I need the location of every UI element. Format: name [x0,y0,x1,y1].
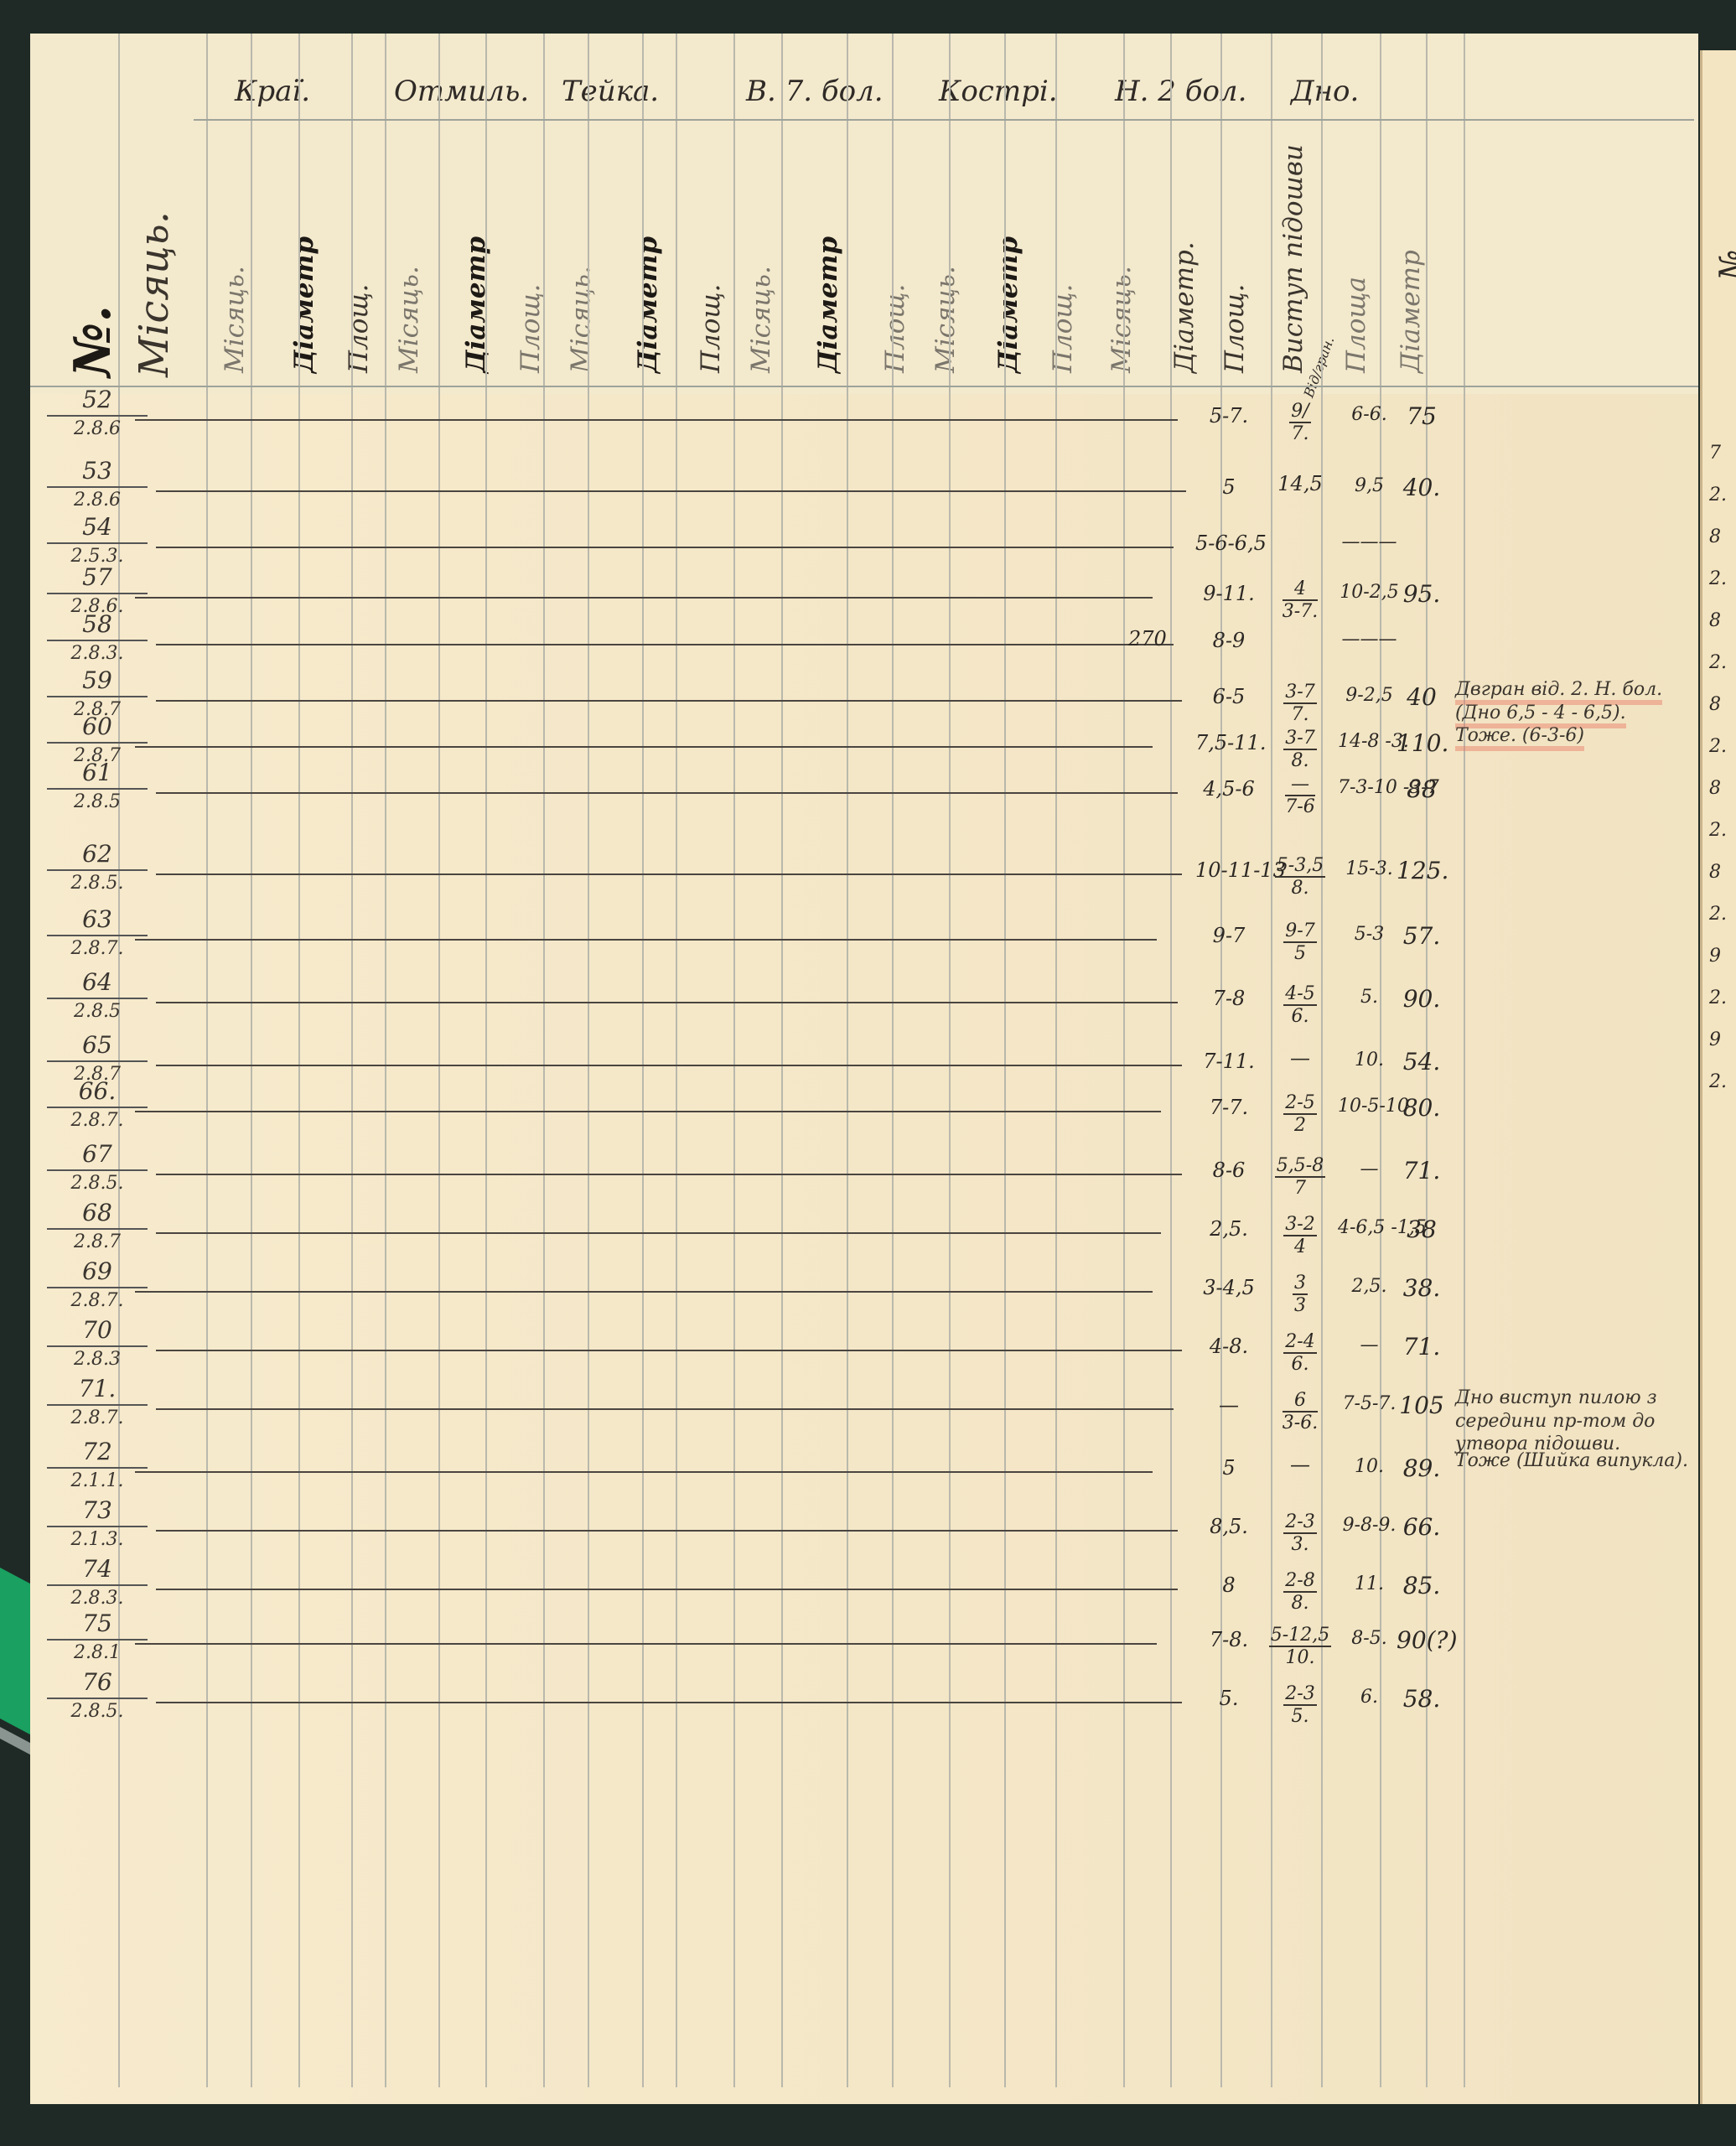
cell-value-1: 6-5 [1195,685,1262,708]
row-id-label: 732.1.3. [47,1496,148,1550]
row-note: Дно виступ пилою з середини пр-том до ут… [1455,1387,1698,1456]
row-date: 2.8.5. [47,1171,148,1194]
sub-column-label: Місяць. [1106,266,1137,373]
row-date: 2.8.5. [47,871,148,894]
fraction: 9-75 [1283,920,1316,964]
grid-column-line [781,34,783,2087]
adjacent-page-edge: №. 72.82.82.82.82.82.92.92. [1700,50,1736,2104]
grid-column-line [1464,34,1465,2087]
cell-value-1: 2,5. [1195,1217,1262,1241]
cell-fraction: 5-12,510. [1267,1625,1334,1668]
row-number: 65 [47,1031,148,1062]
row-number: 60 [47,713,148,744]
row-ink-line [156,1232,1161,1234]
cell-value-3: 6. [1338,1687,1401,1708]
cell-value-1: 7-7. [1195,1096,1262,1119]
row-number: 68 [47,1199,148,1230]
row-id-label: 762.8.5. [47,1668,148,1722]
row-id-label: 742.8.3. [47,1555,148,1609]
row-number: 53 [47,457,148,488]
row-id-label: 702.8.3 [47,1316,148,1370]
row-number: 62 [47,840,148,871]
grid-column-line [206,34,208,2087]
row-id-label: 522.8.6 [47,386,148,439]
cell-value-3: 7-3-10 -3-7 [1338,777,1401,798]
row-date: 2.8.5. [47,1699,148,1722]
cell-value-4: 40 [1397,683,1447,711]
grid-column-line [1004,34,1006,2087]
row-id-label: 632.8.7. [47,905,148,959]
row-date: 2.8.7. [47,936,148,959]
fraction: —7-6 [1285,774,1314,817]
cell-fraction: 2-52 [1267,1092,1334,1136]
grid-column-line [892,34,894,2087]
cell-fraction: 2-33. [1267,1511,1334,1555]
row-number: 74 [47,1555,148,1586]
row-ink-line [156,1589,1178,1590]
grid-column-line [676,34,677,2087]
sub-column-label: Діаметр [1396,250,1426,373]
row-ink-line [156,873,1182,875]
fraction-bottom: 8. [1283,1593,1316,1614]
sub-column-label: Діаметр [289,236,319,373]
cell-value-4: 71. [1397,1157,1447,1184]
cell-value-4: 71. [1397,1333,1447,1361]
row-id-label: 612.8.5 [47,759,148,812]
fraction-bottom: 7. [1283,704,1316,725]
row-ink-line [156,1702,1182,1703]
cell-fraction: — [1267,1046,1334,1070]
fraction: 4-56. [1283,983,1316,1027]
row-date: 2.1.3. [47,1527,148,1550]
fraction-bottom: 7 [1275,1178,1325,1199]
row-ink-line [156,547,1174,548]
fraction: 63-6. [1283,1390,1318,1433]
fraction-bottom: 3. [1283,1534,1316,1555]
row-number: 61 [47,759,148,790]
fraction: 2-33. [1283,1511,1316,1555]
row-ink-line [135,1643,1157,1645]
fraction-bottom: 10. [1269,1647,1331,1668]
row-number: 64 [47,968,148,999]
cell-fraction: 9-75 [1267,920,1334,964]
row-ink-line [156,644,1174,645]
adjacent-page-id: 9 [1709,1031,1721,1050]
row-date: 2.8.3. [47,641,148,664]
fraction-top: 9-7 [1283,920,1316,943]
cell-value-1: 5 [1195,1456,1262,1480]
adjacent-page-id: 2. [1709,1073,1727,1091]
cell-value-1: 8-6 [1195,1159,1262,1182]
adjacent-page-id: 7 [1709,444,1721,463]
cell-value-4: 85. [1397,1572,1447,1599]
row-date: 2.8.7. [47,1108,148,1131]
cell-fraction: —7-6 [1267,774,1334,817]
fraction: 3-24 [1283,1214,1316,1257]
fraction-top: 2-8 [1283,1570,1316,1593]
fraction-top: 5-12,5 [1269,1625,1331,1647]
row-number: 70 [47,1316,148,1347]
adjacent-page-id: 2. [1709,654,1727,672]
row-ink-line [135,1471,1153,1473]
grid-column-line [485,34,487,2087]
cell-fraction: 9/7. [1267,401,1334,444]
row-id-label: 71.2.8.7. [47,1375,148,1428]
row-ink-line [156,490,1186,492]
fraction-bottom: 7-6 [1285,796,1314,817]
row-number: 76 [47,1668,148,1699]
cell-value-1: 9-11. [1195,582,1262,605]
row-id-label: 692.8.7. [47,1257,148,1311]
grid-column-line [351,34,353,2087]
sub-column-label: Площ. [880,284,910,373]
row-date: 2.8.6 [47,488,148,511]
grid-column-line [438,34,440,2087]
row-note: Тоже (Шийка випукла). [1455,1449,1698,1473]
cell-value-4: 89. [1397,1454,1447,1482]
cell-value-1: 10-11-13 [1195,858,1262,882]
row-date: 2.8.5 [47,790,148,812]
fraction-top: 6 [1283,1390,1318,1413]
sub-column-label: Місяць. [394,266,424,373]
fraction-bottom: 8. [1283,750,1316,771]
cell-value-3: — [1338,1159,1401,1179]
sub-column-label: Діаметр. [1169,241,1200,373]
cell-value-1: 4-8. [1195,1335,1262,1358]
row-date: 2.8.7. [47,1406,148,1428]
row-note-text: Дно виступ пилою з середини пр-том до ут… [1455,1387,1657,1454]
row-ink-line [156,700,1182,702]
row-number: 72 [47,1438,148,1469]
cell-value-1: 5-7. [1195,404,1262,428]
row-ink-line [135,597,1153,599]
grid-column-line [642,34,644,2087]
row-date: 2.8.7 [47,1230,148,1252]
fraction-bottom: 3 [1293,1295,1308,1316]
cell-value-3: 5-3 [1338,924,1401,945]
adjacent-page-id: 8 [1709,612,1721,630]
row-id-label: 622.8.5. [47,840,148,894]
cell-value-3: 8-5. [1338,1628,1401,1649]
row-number: 73 [47,1496,148,1527]
cell-value-4: 90(?) [1397,1626,1447,1654]
sub-column-label: Площ. [1220,284,1250,373]
fraction-bottom: 5 [1283,943,1316,964]
fraction-top: 5-3,5 [1275,855,1325,878]
fraction-top: 3 [1293,1273,1308,1295]
grid-column-line [385,34,386,2087]
grid-column-line [1170,34,1172,2087]
row-id-label: 642.8.5 [47,968,148,1022]
fraction: 5-12,510. [1269,1625,1331,1668]
row-date: 2.8.3 [47,1347,148,1370]
adjacent-page-header: №. [1715,239,1736,282]
cell-value-4: 66. [1397,1513,1447,1541]
cell-value-4: 54. [1397,1048,1447,1076]
column-number-header: №. [64,305,122,377]
cell-value-1: 8,5. [1195,1515,1262,1538]
sub-column-label: Місяць. [930,266,961,373]
fraction-bottom: 5. [1283,1706,1316,1727]
row-number: 75 [47,1609,148,1641]
cell-fraction: 33 [1267,1273,1334,1316]
cell-fraction: 4-56. [1267,983,1334,1027]
grid-column-line [733,34,735,2087]
cell-value-4: 88 [1397,775,1447,803]
fraction-top: 9/ [1289,401,1310,423]
row-number: 58 [47,610,148,641]
cell-value-3: 9-8-9. [1338,1515,1401,1536]
fraction: 5,5-87 [1275,1155,1325,1199]
sub-column-label: Площ. [516,284,546,373]
grid-column-line [847,34,848,2087]
fraction: 43-7. [1283,578,1318,622]
sub-column-label: Виступ підошви [1278,144,1308,373]
fraction: 3-78. [1283,728,1316,771]
row-ink-line [156,1065,1182,1066]
cell-value-4: 125. [1397,857,1447,884]
cell-value-1: 5-6-6,5 [1195,531,1262,555]
sub-column-label: Площ. [344,284,374,373]
cell-value-4: 105 [1397,1392,1447,1419]
cell-fraction: 2-88. [1267,1570,1334,1614]
row-note-text: Тоже. (6-3-6) [1455,725,1584,751]
row-number: 54 [47,513,148,544]
row-ink-line [135,939,1157,941]
cell-value-4: 38. [1397,1274,1447,1302]
sub-column-label: Площа [1341,277,1371,373]
grid-column-line [1123,34,1125,2087]
cell-value-3: ——— [1338,531,1401,552]
row-date: 2.8.3. [47,1586,148,1609]
row-number: 69 [47,1257,148,1288]
sub-column-label: Діаметр [993,236,1023,373]
cell-fraction: 5,5-87 [1267,1155,1334,1199]
fraction-bottom: 3-6. [1283,1413,1318,1433]
adjacent-page-id: 8 [1709,696,1721,714]
row-note-text: Тоже (Шийка випукла). [1455,1450,1688,1471]
cell-fraction: 2-35. [1267,1683,1334,1727]
cell-fraction: 43-7. [1267,578,1334,622]
row-ink-line [135,419,1178,421]
grid-column-line [949,34,951,2087]
adjacent-page-id: 2. [1709,486,1727,505]
cell-value-3: 4-6,5 -1,5 [1338,1217,1401,1238]
fraction: 2-52 [1283,1092,1316,1136]
column-month-header: Місяць. [131,211,178,377]
row-note: Двгран від. 2. Н. бол. (Дно 6,5 - 4 - 6,… [1455,678,1698,724]
cell-fraction: 3-24 [1267,1214,1334,1257]
fraction-bottom: 3-7. [1283,601,1318,622]
cell-value-1: 5 [1195,475,1262,499]
row-ink-line [156,1174,1182,1175]
fraction-top: 2-5 [1283,1092,1316,1115]
cell-fraction: 3-77. [1267,682,1334,725]
cell-value-1: 7,5-11. [1195,731,1262,754]
row-number: 63 [47,905,148,936]
row-number: 57 [47,563,148,594]
row-id-label: 582.8.3. [47,610,148,664]
grid-column-line [543,34,545,2087]
cell-value-3: 9,5 [1338,475,1401,496]
sub-column-label: Місяць. [220,266,250,373]
row-id-label: 722.1.1. [47,1438,148,1491]
adjacent-page-id: 2. [1709,822,1727,840]
row-id-label: 682.8.7 [47,1199,148,1252]
cell-value-3: 14-8 -3. [1338,731,1401,752]
fraction-bottom: 7. [1289,423,1310,444]
column-group-label: Дно. [1291,77,1359,106]
column-group-label: Н. 2 бол. [1115,77,1246,106]
adjacent-page-id: 2. [1709,738,1727,756]
cell-value-4: 40. [1397,474,1447,501]
cell-value-3: 15-3. [1338,858,1401,879]
background-green-strip [0,1568,34,1736]
fraction-top: 2-3 [1283,1683,1316,1706]
fraction-top: 4 [1283,578,1318,601]
fraction: 5-3,58. [1275,855,1325,899]
fraction-bottom: 6. [1283,1354,1316,1375]
fraction-top: 5,5-8 [1275,1155,1325,1178]
cell-value-3: 10-2,5 [1338,582,1401,603]
grid-column-line [1055,34,1057,2087]
grid-column-line [298,34,300,2087]
cell-fraction: 14,5 [1267,472,1334,495]
cell-value-1: 5. [1195,1687,1262,1710]
row-ink-line [156,1350,1182,1351]
cell-value-1: — [1195,1393,1262,1417]
row-number: 66. [47,1077,148,1108]
header-bottom-line [30,386,1698,387]
cell-value-3: 6-6. [1338,404,1401,425]
cell-value-3: 11. [1338,1573,1401,1594]
row-note: Тоже. (6-3-6) [1455,724,1698,748]
cell-value-3: 9-2,5 [1338,685,1401,706]
cell-value-3: — [1338,1335,1401,1356]
cell-value-1: 9-7 [1195,924,1262,947]
sub-column-label: Діаметр [633,236,663,373]
fraction-bottom: 4 [1283,1236,1316,1257]
fraction-top: 3-7 [1283,728,1316,750]
row-date: 2.8.5 [47,999,148,1022]
row-date: 2.1.1. [47,1469,148,1491]
grid-column-line [588,34,589,2087]
row-id-label: 66.2.8.7. [47,1077,148,1131]
row-ink-line [135,1111,1161,1112]
sub-column-label: Площ. [696,284,726,373]
header-group-divider [194,119,1694,121]
row-ink-line [156,1002,1178,1003]
row-id-label: 572.8.6. [47,563,148,617]
cell-value-3: 10-5-10 [1338,1096,1401,1117]
row-date: 2.8.6 [47,417,148,439]
cell-value-4: 90. [1397,985,1447,1013]
fraction: 2-35. [1283,1683,1316,1727]
fraction-top: 3-2 [1283,1214,1316,1236]
row-id-label: 542.5.3. [47,513,148,567]
fraction-top: 2-4 [1283,1331,1316,1354]
header-band: №.Місяць.Краї.Отмиль.Тейка.В. 7. бол.Кос… [30,34,1698,394]
cell-value-3: 10. [1338,1456,1401,1477]
column-group-label: Тейка. [562,77,659,106]
fraction-top: 2-3 [1283,1511,1316,1534]
adjacent-page-id: 8 [1709,780,1721,798]
fraction: 2-46. [1283,1331,1316,1375]
cell-value-1: 7-11. [1195,1050,1262,1073]
fraction-top: — [1285,774,1314,796]
adjacent-page-id: 8 [1709,528,1721,547]
adjacent-page-id: 2. [1709,989,1727,1008]
cell-value-1: 4,5-6 [1195,777,1262,801]
row-side-value: 270 [1128,627,1167,651]
cell-fraction: 3-78. [1267,728,1334,771]
adjacent-page-id: 2. [1709,570,1727,588]
cell-value-4: 38 [1397,1216,1447,1243]
column-group-label: Отмиль. [394,77,529,106]
cell-value-1: 8 [1195,1573,1262,1597]
cell-value-3: 7-5-7. [1338,1393,1401,1414]
row-number: 71. [47,1375,148,1406]
fraction-bottom: 8. [1275,878,1325,899]
fraction-top: 4-5 [1283,983,1316,1006]
ledger-page: №.Місяць.Краї.Отмиль.Тейка.В. 7. бол.Кос… [30,34,1698,2104]
cell-fraction: — [1267,1453,1334,1476]
row-number: 67 [47,1140,148,1171]
cell-value-3: 10. [1338,1050,1401,1070]
cell-value-4: 95. [1397,580,1447,608]
cell-value-3: ——— [1338,629,1401,650]
cell-value-1: 7-8. [1195,1628,1262,1651]
fraction-top: 3-7 [1283,682,1316,704]
cell-value-4: 80. [1397,1094,1447,1122]
cell-value-4: 57. [1397,922,1447,950]
cell-value-3: 5. [1338,987,1401,1008]
fraction-bottom: 6. [1283,1006,1316,1027]
row-number: 59 [47,666,148,697]
fraction: 33 [1293,1273,1308,1316]
adjacent-page-id: 8 [1709,863,1721,882]
row-ink-line [135,1291,1153,1293]
row-date: 2.8.1 [47,1641,148,1663]
fraction: 2-88. [1283,1570,1316,1614]
row-ink-line [135,746,1153,748]
row-date: 2.8.7. [47,1288,148,1311]
row-ink-line [156,1408,1174,1410]
cell-value-4: 75 [1397,402,1447,430]
sub-column-label: Діаметр [813,236,843,373]
column-group-label: В. 7. бол. [746,77,884,106]
cell-fraction: 63-6. [1267,1390,1334,1433]
adjacent-page-id: 2. [1709,905,1727,924]
cell-value-4: 58. [1397,1685,1447,1713]
cell-value-4: 110. [1397,729,1447,757]
grid-column-line [251,34,252,2087]
cell-value-1: 7-8 [1195,987,1262,1010]
row-id-label: 532.8.6 [47,457,148,511]
row-id-label: 672.8.5. [47,1140,148,1194]
cell-value-1: 8-9 [1195,629,1262,652]
cell-fraction: 2-46. [1267,1331,1334,1375]
adjacent-page-id: 9 [1709,947,1721,966]
column-group-label: Кострі. [939,77,1058,106]
fraction-bottom: 2 [1283,1115,1316,1136]
row-id-label: 752.8.1 [47,1609,148,1663]
row-note-text: Двгран від. 2. Н. бол. (Дно 6,5 - 4 - 6,… [1455,679,1662,728]
sub-column-label: Площ. [1048,284,1078,373]
fraction: 3-77. [1283,682,1316,725]
row-ink-line [156,1530,1178,1532]
cell-value-1: 3-4,5 [1195,1276,1262,1299]
